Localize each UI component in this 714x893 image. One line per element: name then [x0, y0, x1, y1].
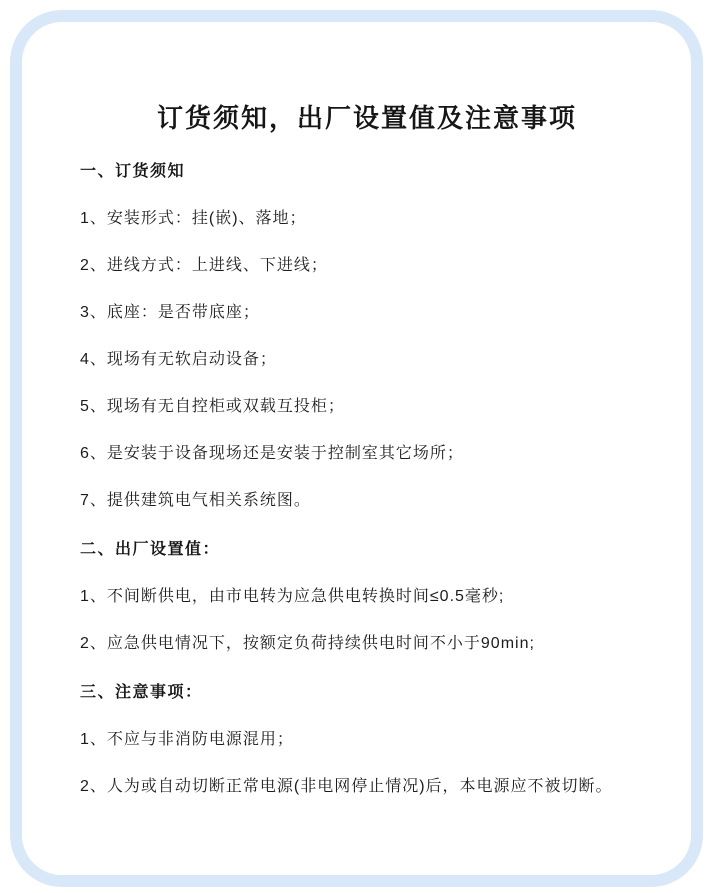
section-heading: 二、出厂设置值：	[80, 540, 654, 560]
section-heading: 三、注意事项：	[80, 683, 654, 703]
section-heading: 一、订货须知	[80, 162, 654, 182]
section-ordering-notes: 一、订货须知 1、安装形式：挂(嵌)、落地； 2、进线方式：上进线、下进线； 3…	[80, 162, 654, 511]
list-item: 1、安装形式：挂(嵌)、落地；	[80, 209, 654, 229]
page-title: 订货须知，出厂设置值及注意事项	[80, 103, 654, 133]
section-precautions: 三、注意事项： 1、不应与非消防电源混用； 2、人为或自动切断正常电源(非电网停…	[80, 683, 654, 797]
document-content: 订货须知，出厂设置值及注意事项 一、订货须知 1、安装形式：挂(嵌)、落地； 2…	[80, 0, 654, 797]
list-item: 1、不间断供电，由市电转为应急供电转换时间≤0.5毫秒;	[80, 587, 654, 607]
document-page: { "page": { "title": "订货须知，出厂设置值及注意事项", …	[0, 0, 714, 893]
list-item: 4、现场有无软启动设备；	[80, 350, 654, 370]
list-item: 2、进线方式：上进线、下进线；	[80, 256, 654, 276]
section-factory-settings: 二、出厂设置值： 1、不间断供电，由市电转为应急供电转换时间≤0.5毫秒; 2、…	[80, 540, 654, 654]
list-item: 2、人为或自动切断正常电源(非电网停止情况)后，本电源应不被切断。	[80, 777, 654, 797]
list-item: 1、不应与非消防电源混用；	[80, 730, 654, 750]
list-item: 5、现场有无自控柜或双载互投柜；	[80, 397, 654, 417]
list-item: 3、底座：是否带底座；	[80, 303, 654, 323]
list-item: 2、应急供电情况下，按额定负荷持续供电时间不小于90min;	[80, 634, 654, 654]
list-item: 7、提供建筑电气相关系统图。	[80, 491, 654, 511]
list-item: 6、是安装于设备现场还是安装于控制室其它场所；	[80, 444, 654, 464]
